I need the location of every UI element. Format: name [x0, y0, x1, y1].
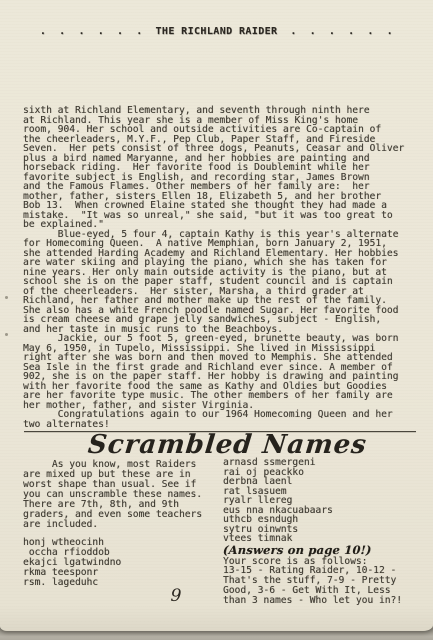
- margin-mark: [5, 333, 8, 336]
- page-title: . . . . . . THE RICHLAND RAIDER . . . . …: [0, 26, 433, 37]
- score-legend: Your score is as follows: 13-15 - Rating…: [223, 557, 423, 607]
- scrambled-right-column: arnasd ssmergeni rai oj peackko derbna l…: [223, 458, 423, 606]
- newsletter-page: . . . . . . THE RICHLAND RAIDER . . . . …: [0, 0, 433, 631]
- page-number-handwritten: 9: [164, 586, 189, 607]
- scrambled-name-list-left: honj wtheocinh occha rfioddob ekajci lga…: [23, 538, 229, 588]
- article-paragraph-1: sixth at Richland Elementary, and sevent…: [23, 106, 423, 230]
- scrambled-name-list-right: arnasd ssmergeni rai oj peackko derbna l…: [223, 458, 423, 544]
- homecoming-article: sixth at Richland Elementary, and sevent…: [23, 106, 423, 429]
- article-paragraph-3: Jackie, our 5 foot 5, green-eyed, brunet…: [23, 334, 423, 410]
- margin-mark: [5, 296, 8, 299]
- answers-note-handwritten: (Answers on page 10!): [223, 545, 424, 555]
- article-paragraph-4: Congratulations again to our 1964 Homeco…: [23, 410, 423, 429]
- article-paragraph-2: Blue-eyed, 5 four 4, captain Kathy is th…: [23, 230, 423, 335]
- scrambled-intro: As you know, most Raiders are mixed up b…: [23, 460, 229, 530]
- scrambled-left-column: As you know, most Raiders are mixed up b…: [23, 460, 229, 588]
